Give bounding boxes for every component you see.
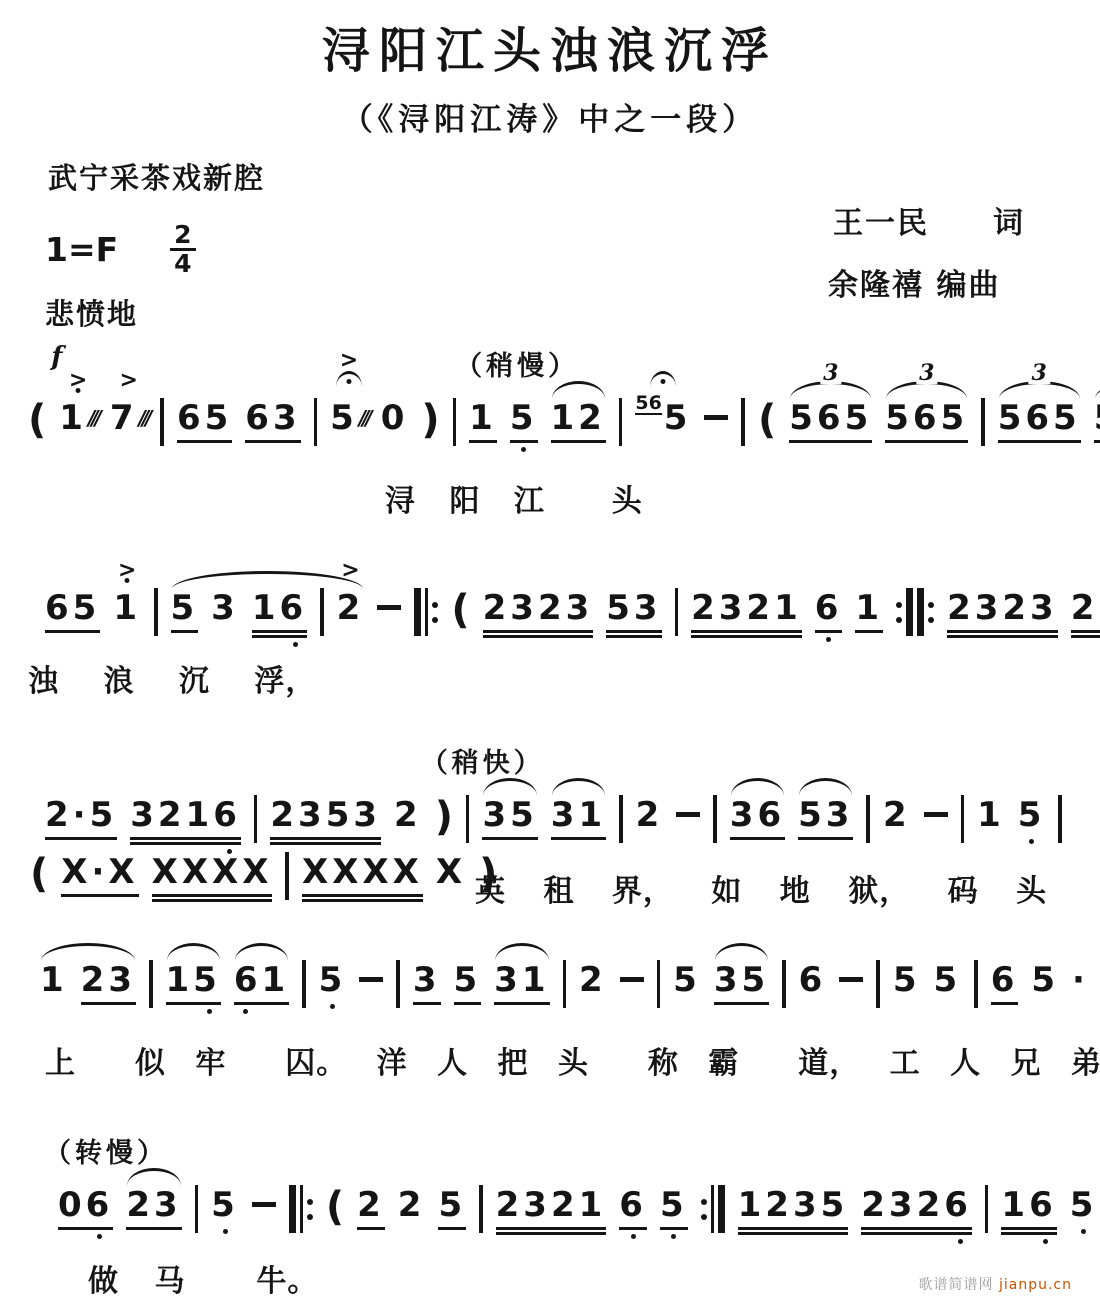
slur-arc bbox=[552, 778, 605, 796]
time-signature-bottom: 4 bbox=[174, 251, 191, 277]
key-meter-row: 1=F 2 4 bbox=[45, 222, 196, 278]
barline bbox=[466, 795, 470, 843]
note: 2> bbox=[337, 588, 365, 628]
tremolo-slashes: /// bbox=[88, 408, 98, 428]
parenthesis: ( bbox=[451, 588, 469, 632]
note: 0 bbox=[58, 1185, 86, 1230]
note: X bbox=[436, 852, 466, 892]
accent-mark: > bbox=[341, 560, 359, 582]
note: 23 bbox=[126, 1185, 181, 1230]
tempo-label: （转慢） bbox=[44, 1131, 168, 1170]
note: 31 bbox=[494, 960, 549, 1005]
lyric-line-1: 浔 阳 江 头 bbox=[385, 476, 643, 520]
slur-arc bbox=[731, 778, 784, 796]
time-signature: 2 4 bbox=[170, 222, 195, 278]
slur-arc bbox=[172, 571, 364, 589]
triplet-number: 3 bbox=[916, 362, 937, 384]
slur-arc bbox=[127, 1168, 180, 1186]
note: 5 bbox=[1070, 1185, 1098, 1234]
lyricist-credit: 王一民 词 bbox=[833, 198, 1025, 242]
note: 53 bbox=[798, 795, 853, 840]
note: 2353 bbox=[270, 795, 381, 845]
note: 5 bbox=[510, 398, 538, 452]
barline bbox=[453, 398, 457, 446]
lyric-line-3: 英 租 界， 如 地 狱， 码 头 bbox=[475, 866, 1047, 910]
music-line-2: 651>53162>(23235323216123232323 bbox=[45, 588, 1100, 647]
tempo-label: （稍快） bbox=[421, 741, 545, 780]
note: 1> bbox=[113, 588, 141, 628]
accent-mark: > bbox=[340, 350, 358, 372]
note: 2323 bbox=[483, 588, 594, 638]
song-subtitle: （《浔阳江涛》中之一段） bbox=[0, 94, 1100, 139]
note: 0 bbox=[381, 398, 409, 438]
barline bbox=[713, 795, 717, 843]
note: 36 bbox=[730, 795, 785, 840]
tempo-label: （稍慢） bbox=[455, 344, 579, 383]
low-octave-dot bbox=[631, 1234, 636, 1239]
barline bbox=[985, 1185, 989, 1233]
music-line-4: 123156153531253565565· bbox=[40, 960, 1100, 1014]
dash-note bbox=[704, 415, 728, 420]
song-title: 浔阳江头浊浪沉浮 bbox=[0, 12, 1100, 81]
barline bbox=[741, 398, 745, 446]
barline bbox=[302, 960, 306, 1008]
note: 5 bbox=[934, 960, 962, 1000]
barline bbox=[149, 960, 153, 1008]
slur-arc bbox=[235, 943, 288, 961]
note: 5 bbox=[171, 588, 199, 633]
note: 5 bbox=[454, 960, 482, 1005]
note: 1 bbox=[855, 588, 883, 633]
dash-note bbox=[252, 1202, 276, 1207]
music-line-5: （转慢）06235(2252321651235232616561 bbox=[58, 1185, 1100, 1244]
barline bbox=[254, 795, 258, 843]
low-octave-dot bbox=[671, 1234, 676, 1239]
note: 2321 bbox=[691, 588, 802, 638]
barline bbox=[285, 852, 289, 900]
note: 565 bbox=[635, 398, 691, 438]
low-octave-dot bbox=[330, 1004, 335, 1009]
accent-mark: > bbox=[118, 560, 136, 582]
barline bbox=[981, 398, 985, 446]
barline bbox=[195, 1185, 199, 1233]
note: 6 bbox=[86, 1185, 114, 1239]
parenthesis: ) bbox=[435, 795, 453, 839]
low-octave-dot bbox=[97, 1234, 102, 1239]
barline bbox=[619, 398, 623, 446]
dash-note bbox=[839, 977, 863, 982]
repeat-sign bbox=[414, 588, 438, 636]
note: 1 bbox=[40, 960, 68, 1000]
barline bbox=[974, 960, 978, 1008]
note: 565 bbox=[789, 398, 872, 443]
note: 3 bbox=[211, 588, 239, 628]
repeat-sign bbox=[896, 588, 934, 636]
note: 2323 bbox=[1071, 588, 1100, 638]
note: 5 bbox=[1031, 960, 1059, 1000]
note: 7///> bbox=[110, 398, 148, 438]
barline bbox=[563, 960, 567, 1008]
note: 2321 bbox=[496, 1185, 607, 1235]
accent-mark: > bbox=[119, 370, 137, 392]
fermata bbox=[336, 371, 362, 387]
note: 23 bbox=[81, 960, 136, 1005]
barline bbox=[479, 1185, 483, 1233]
barline bbox=[782, 960, 786, 1008]
music-line-3: 2·5321623532（稍快）)353123653215 bbox=[45, 795, 1062, 854]
tremolo-slashes: /// bbox=[139, 408, 149, 428]
low-octave-dot bbox=[243, 1009, 248, 1014]
note: 2326 bbox=[861, 1185, 972, 1244]
note: 35 bbox=[714, 960, 769, 1005]
accent-mark: > bbox=[69, 370, 87, 392]
note: 6 bbox=[815, 588, 843, 642]
note: 6 bbox=[991, 960, 1019, 1005]
watermark: 歌谱简谱网 jianpu.cn bbox=[919, 1274, 1072, 1294]
note: 5 bbox=[673, 960, 701, 1000]
note: 15 bbox=[166, 960, 221, 1014]
genre-label: 武宁采茶戏新腔 bbox=[48, 156, 265, 197]
repeat-sign bbox=[701, 1185, 725, 1233]
slur-arc bbox=[715, 943, 768, 961]
note: 1 bbox=[469, 398, 497, 443]
fermata bbox=[650, 371, 676, 387]
note: 53 bbox=[606, 588, 661, 638]
note: 65 bbox=[177, 398, 232, 443]
note: 5 bbox=[660, 1185, 688, 1239]
watermark-domain: jianpu.cn bbox=[999, 1277, 1072, 1293]
slur-arc bbox=[495, 943, 548, 961]
barline bbox=[961, 795, 965, 843]
note: 5 bbox=[211, 1185, 239, 1234]
note: XXXX bbox=[152, 852, 273, 902]
slur-arc bbox=[799, 778, 852, 796]
low-octave-dot bbox=[223, 1229, 228, 1234]
note: 5 bbox=[893, 960, 921, 1000]
note: 1///>f bbox=[59, 398, 97, 438]
dash-note bbox=[377, 605, 401, 610]
slur-arc bbox=[483, 778, 536, 796]
note: 565 bbox=[885, 398, 968, 443]
barline bbox=[396, 960, 400, 1008]
parenthesis: ( bbox=[30, 852, 48, 896]
parenthesis: ( bbox=[326, 1185, 344, 1229]
low-octave-dot bbox=[1029, 839, 1034, 844]
tremolo-slashes: /// bbox=[359, 408, 369, 428]
note: 2 bbox=[357, 1185, 385, 1230]
barline bbox=[320, 588, 324, 636]
note: 2·5 bbox=[45, 795, 117, 840]
note: 5 bbox=[319, 960, 347, 1009]
mood-label: 悲愤地 bbox=[45, 292, 138, 333]
parenthesis: ( bbox=[758, 398, 776, 442]
watermark-site: 歌谱简谱网 bbox=[919, 1277, 999, 1293]
note: 65 bbox=[45, 588, 100, 633]
low-octave-dot bbox=[293, 642, 298, 647]
note: 1235 bbox=[738, 1185, 849, 1235]
triplet-number: 3 bbox=[820, 362, 841, 384]
lyric-line-4: 上 似 牢 囚。 洋 人 把 头 称 霸 道， 工 人 兄 弟 bbox=[45, 1038, 1100, 1082]
barline bbox=[160, 398, 164, 446]
low-octave-dot bbox=[1043, 1239, 1048, 1244]
note: 5///> bbox=[330, 398, 368, 438]
note: 5 bbox=[1018, 795, 1046, 844]
note: XXXX bbox=[302, 852, 423, 902]
low-octave-dot bbox=[826, 637, 831, 642]
triplet-number: 3 bbox=[1029, 362, 1050, 384]
barline bbox=[1058, 795, 1062, 843]
dash-note bbox=[676, 812, 700, 817]
composer-credit: 余隆禧 编曲 bbox=[828, 260, 1000, 304]
note: 2 bbox=[579, 960, 607, 1000]
note: 6 bbox=[619, 1185, 647, 1239]
note: 31 bbox=[551, 795, 606, 840]
barline bbox=[619, 795, 623, 843]
slur-arc bbox=[552, 381, 605, 399]
note: X·X bbox=[61, 852, 138, 897]
note: 5 bbox=[438, 1185, 466, 1230]
note: 2323 bbox=[947, 588, 1058, 638]
dash-note bbox=[924, 812, 948, 817]
grace-note: 56 bbox=[635, 394, 661, 415]
barline bbox=[675, 588, 679, 636]
note: 16 bbox=[1001, 1185, 1056, 1244]
parenthesis: ) bbox=[421, 398, 439, 442]
triplet-arc bbox=[1095, 381, 1100, 399]
repeat-sign bbox=[289, 1185, 313, 1233]
note: 12 bbox=[551, 398, 606, 443]
low-octave-dot bbox=[521, 447, 526, 452]
key-signature: 1=F bbox=[45, 230, 118, 269]
sheet-music-page: 浔阳江头浊浪沉浮 （《浔阳江涛》中之一段） 武宁采茶戏新腔 1=F 2 4 悲愤… bbox=[0, 0, 1100, 1306]
dash-note bbox=[359, 977, 383, 982]
slur-arc bbox=[167, 943, 220, 961]
note: 2 bbox=[883, 795, 911, 835]
barline bbox=[876, 960, 880, 1008]
barline bbox=[657, 960, 661, 1008]
note: 1 bbox=[977, 795, 1005, 835]
note: 63 bbox=[245, 398, 300, 443]
low-octave-dot bbox=[1081, 1229, 1086, 1234]
parenthesis: ( bbox=[28, 398, 46, 442]
note: 61 bbox=[234, 960, 289, 1014]
lyric-line-5: 做 马 牛。 bbox=[88, 1256, 318, 1300]
note: 565 bbox=[998, 398, 1081, 443]
note: 3216 bbox=[130, 795, 241, 854]
note: 2 bbox=[394, 795, 422, 835]
barline bbox=[154, 588, 158, 636]
note: 2 bbox=[636, 795, 664, 835]
barline bbox=[314, 398, 318, 446]
note: 35 bbox=[482, 795, 537, 840]
low-octave-dot bbox=[958, 1239, 963, 1244]
low-octave-dot bbox=[207, 1009, 212, 1014]
note: 6 bbox=[799, 960, 827, 1000]
note: 565 bbox=[1094, 398, 1100, 443]
percussion-line: (X·XXXXXXXXXX) bbox=[30, 852, 497, 902]
note: 2 bbox=[398, 1185, 426, 1225]
time-signature-top: 2 bbox=[170, 222, 195, 251]
note: 16 bbox=[252, 588, 307, 647]
barline bbox=[866, 795, 870, 843]
note: · bbox=[1072, 960, 1089, 1000]
lyric-line-2: 浊 浪 沉 浮， bbox=[28, 656, 316, 700]
music-line-1: (1///>f7///>65635///>0)（稍慢）1512565(35653… bbox=[28, 398, 1100, 452]
dynamic-mark: f bbox=[51, 344, 62, 370]
note: 3 bbox=[413, 960, 441, 1005]
slur-arc bbox=[41, 943, 135, 961]
dash-note bbox=[620, 977, 644, 982]
